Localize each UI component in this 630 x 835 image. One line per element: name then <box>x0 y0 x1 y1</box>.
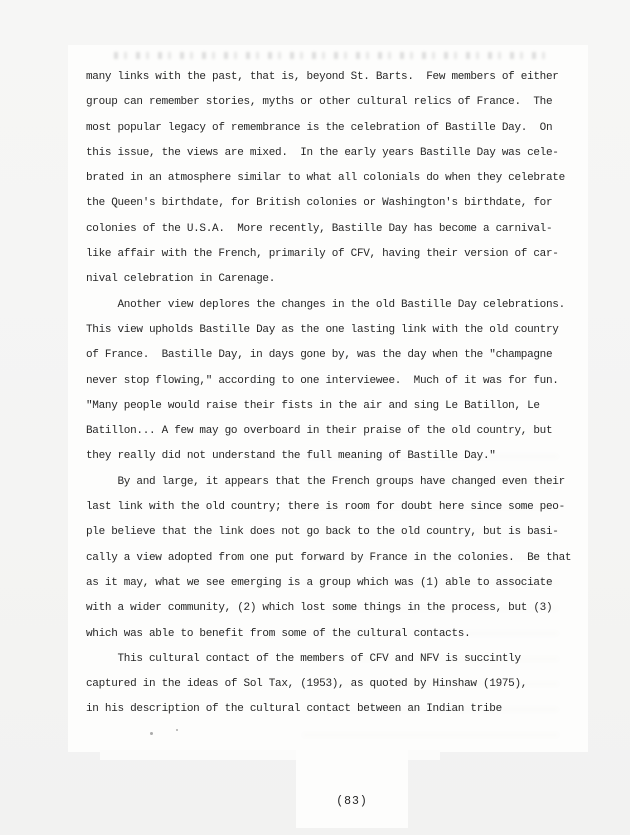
text-line: many links with the past, that is, beyon… <box>86 65 578 90</box>
text-line: the Queen's birthdate, for British colon… <box>86 191 578 216</box>
text-line: This view upholds Bastille Day as the on… <box>86 318 578 343</box>
page-footer-paper-patch <box>296 748 408 828</box>
scan-speck <box>176 729 178 731</box>
text-line: brated in an atmosphere similar to what … <box>86 166 578 191</box>
text-line: ple believe that the link does not go ba… <box>86 520 578 545</box>
text-line: This cultural contact of the members of … <box>86 647 578 672</box>
text-line: never stop flowing," according to one in… <box>86 369 578 394</box>
text-line: Another view deplores the changes in the… <box>86 293 578 318</box>
text-line: like affair with the French, primarily o… <box>86 242 578 267</box>
text-line: last link with the old country; there is… <box>86 495 578 520</box>
text-line: in his description of the cultural conta… <box>86 697 578 722</box>
text-line: "Many people would raise their fists in … <box>86 394 578 419</box>
bleed-through-artifact-top <box>114 52 546 59</box>
text-line: By and large, it appears that the French… <box>86 470 578 495</box>
text-line: this issue, the views are mixed. In the … <box>86 141 578 166</box>
text-line: as it may, what we see emerging is a gro… <box>86 571 578 596</box>
text-line: cally a view adopted from one put forwar… <box>86 546 578 571</box>
scan-speck <box>150 732 153 735</box>
text-line: with a wider community, (2) which lost s… <box>86 596 578 621</box>
text-line: group can remember stories, myths or oth… <box>86 90 578 115</box>
text-line: they really did not understand the full … <box>86 444 578 469</box>
page-number: (83) <box>296 795 408 808</box>
text-line: captured in the ideas of Sol Tax, (1953)… <box>86 672 578 697</box>
text-line: Batillon... A few may go overboard in th… <box>86 419 578 444</box>
typewritten-text-body: many links with the past, that is, beyon… <box>86 65 578 723</box>
document-page: many links with the past, that is, beyon… <box>68 45 588 752</box>
text-line: nival celebration in Carenage. <box>86 267 578 292</box>
text-line: most popular legacy of remembrance is th… <box>86 116 578 141</box>
text-line: of France. Bastille Day, in days gone by… <box>86 343 578 368</box>
text-line: which was able to benefit from some of t… <box>86 622 578 647</box>
text-line: colonies of the U.S.A. More recently, Ba… <box>86 217 578 242</box>
